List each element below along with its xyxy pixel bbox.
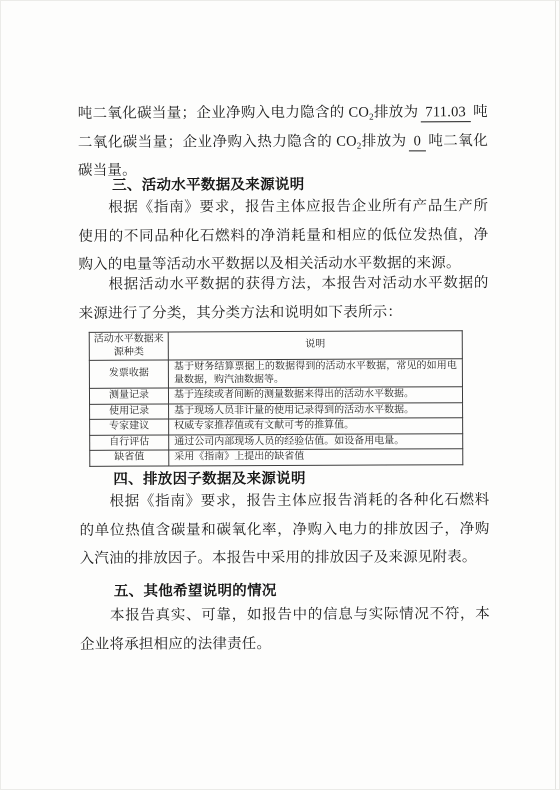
table-row: 测量记录 基于连续或者间断的测量数据来得出的活动水平数据。 <box>89 387 462 404</box>
heat-co2-value: 0 <box>409 133 427 151</box>
table-row: 自行评估 通过公司内部现场人员的经验估值。如设备用电量。 <box>90 433 463 450</box>
source-type-cell: 自行评估 <box>90 434 169 450</box>
source-type-cell: 专家建议 <box>90 419 169 435</box>
electricity-co2-value: 711.03 <box>420 104 471 122</box>
description-cell: 基于连续或者间断的测量数据来得出的活动水平数据。 <box>168 387 462 404</box>
source-type-cell: 发票收据 <box>89 360 168 388</box>
section-3-paragraph-2: 根据活动水平数据的获得方法，本报告对活动水平数据的来源进行了分类，其分类方法和说… <box>78 269 488 328</box>
section-3-paragraph-1: 根据《指南》要求，报告主体应报告企业所有产品生产所使用的不同品种化石燃料的净消耗… <box>78 192 488 279</box>
column-header-description: 说明 <box>168 331 462 360</box>
table-row: 发票收据 基于财务结算票据上的数据得到的活动水平数据，常见的如用电量数据，购汽油… <box>89 359 462 389</box>
description-cell: 采用《指南》上提出的缺省值 <box>169 449 463 466</box>
description-cell: 基于现场人员非计量的使用记录得到的活动水平数据。 <box>169 402 463 419</box>
source-type-cell: 使用记录 <box>90 403 169 419</box>
text-run: 排放为 <box>374 104 419 120</box>
scanned-document-page: 吨二氧化碳当量；企业净购入电力隐含的 CO2排放为711.03吨二氧化碳当量；企… <box>0 0 560 790</box>
description-cell: 基于财务结算票据上的数据得到的活动水平数据，常见的如用电量数据，购汽油数据等。 <box>168 359 462 388</box>
text-run: 吨二氧化碳当量；企业净购入电力隐含的 CO <box>78 105 369 122</box>
source-type-cell: 缺省值 <box>90 450 169 466</box>
table-row: 缺省值 采用《指南》上提出的缺省值 <box>90 449 463 466</box>
activity-data-source-table: 活动水平数据来源种类 说明 发票收据 基于财务结算票据上的数据得到的活动水平数据… <box>89 330 464 466</box>
table-header-row: 活动水平数据来源种类 说明 <box>89 331 462 361</box>
table-row: 专家建议 权威专家推荐值或有文献可考的推算值。 <box>90 418 463 435</box>
table-row: 使用记录 基于现场人员非计量的使用记录得到的活动水平数据。 <box>90 402 463 419</box>
description-cell: 权威专家推荐值或有文献可考的推算值。 <box>169 418 463 435</box>
section-5-paragraph-1: 本报告真实、可靠，如报告中的信息与实际情况不符，本企业将承担相应的法律责任。 <box>80 600 490 659</box>
column-header-source-type: 活动水平数据来源种类 <box>89 332 168 360</box>
text-run: 排放为 <box>361 133 406 149</box>
section-4-paragraph-1: 根据《指南》要求，报告主体应报告消耗的各种化石燃料的单位热值含碳量和碳氧化率，净… <box>79 486 489 573</box>
source-type-cell: 测量记录 <box>89 388 168 404</box>
description-cell: 通过公司内部现场人员的经验估值。如设备用电量。 <box>169 433 463 450</box>
document-content: 吨二氧化碳当量；企业净购入电力隐含的 CO2排放为711.03吨二氧化碳当量；企… <box>0 0 560 790</box>
